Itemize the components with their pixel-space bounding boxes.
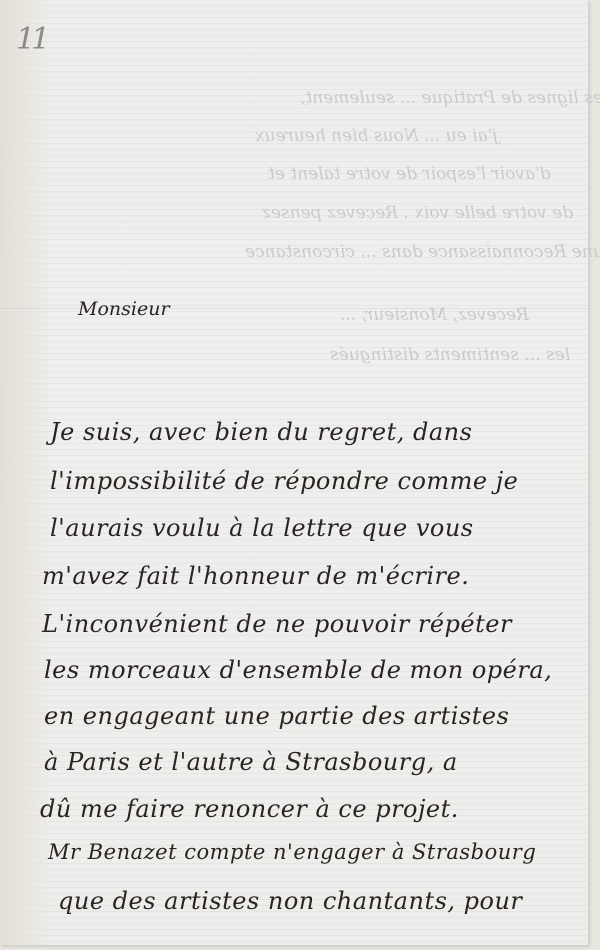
bleed-through-line: une Reconnaissance dans ... circonstance: [245, 242, 600, 262]
bleed-through-line: Recevez, Monsieur, ...: [340, 305, 529, 325]
letter-page: 11 Ces lignes de Pratique ... seulement,…: [0, 0, 588, 945]
body-line: en engageant une partie des artistes: [44, 702, 509, 730]
bleed-through-line: Ces lignes de Pratique ... seulement,: [300, 88, 600, 108]
body-line: Mr Benazet compte n'engager à Strasbourg: [48, 840, 536, 864]
body-line: l'impossibilité de répondre comme je: [50, 467, 518, 495]
body-line: les morceaux d'ensemble de mon opéra,: [44, 656, 552, 684]
body-line: que des artistes non chantants, pour: [58, 887, 522, 915]
body-line: L'inconvénient de ne pouvoir répéter: [42, 610, 512, 638]
body-line: dû me faire renoncer à ce projet.: [40, 795, 459, 823]
body-line: à Paris et l'autre à Strasbourg, a: [44, 748, 458, 776]
bleed-through-line: les ... sentiments distingués: [330, 345, 570, 365]
bleed-through-line: de votre belle voix . Recevez pensez: [262, 203, 573, 223]
body-line: Je suis, avec bien du regret, dans: [50, 418, 472, 446]
body-line: m'avez fait l'honneur de m'écrire.: [42, 562, 469, 590]
bleed-through-line: j'ai eu ... Nous bien heureux: [255, 126, 498, 146]
folio-number: 11: [16, 22, 46, 57]
bleed-through-line: d'avoir l'espoir de votre talent et: [268, 164, 551, 184]
salutation: Monsieur: [78, 298, 170, 320]
body-line: l'aurais voulu à la lettre que vous: [50, 514, 474, 542]
